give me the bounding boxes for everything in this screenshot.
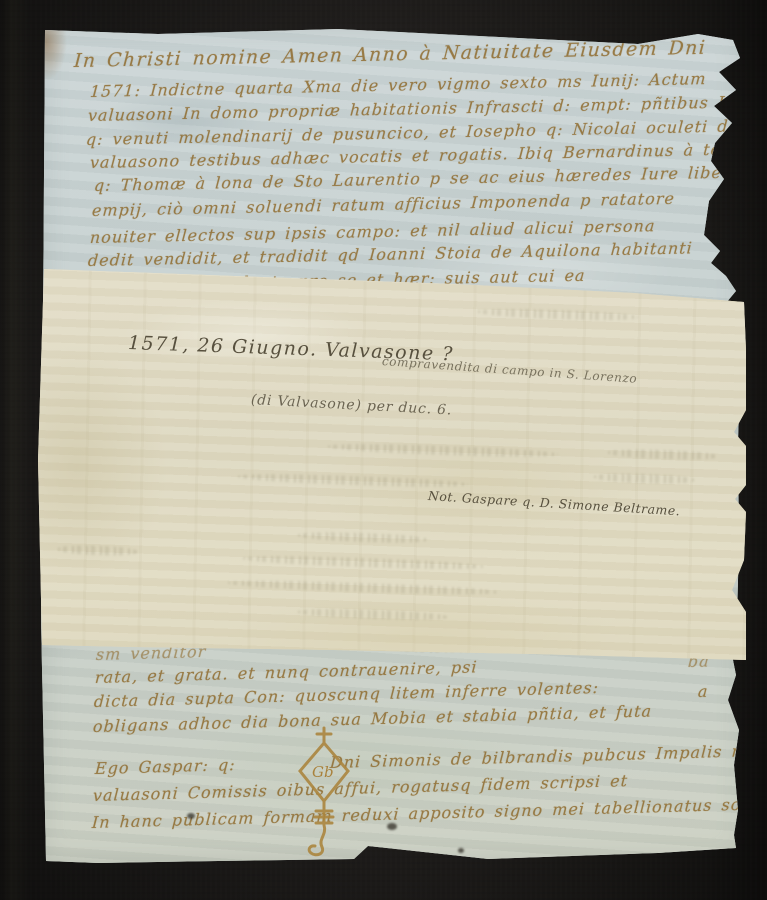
ink-spot <box>458 848 464 853</box>
bleed-through-text <box>298 607 448 621</box>
manuscript-line: a <box>697 682 709 701</box>
manuscript-photo: In Christi nomine Amen Anno à Natiuitate… <box>0 0 767 900</box>
bleed-through-text <box>594 472 694 484</box>
bleed-through-text <box>478 307 638 322</box>
slip-price-line: (di Valvasone) per duc. 6. <box>251 392 453 419</box>
bleed-through-text <box>228 578 498 596</box>
bleed-through-text <box>298 531 428 545</box>
bleed-through-text <box>238 472 468 489</box>
manuscript-line: Dni Simonis de bilbrandis pubcus Impalis… <box>329 741 767 772</box>
ink-spot <box>387 823 397 830</box>
slip-notary-signature: Not. Gaspare q. D. Simone Beltrame. <box>428 488 681 518</box>
archival-slip: 1571, 26 Giugno. Valvasone ? compravendi… <box>34 260 748 670</box>
manuscript-line: empij, ciò omni soluendi ratum afficius … <box>91 189 675 220</box>
bleed-through-text <box>58 545 138 557</box>
manuscript-line: In Christi nomine Amen Anno à Natiuitate… <box>73 37 707 72</box>
bleed-through-text <box>243 554 483 571</box>
bleed-through-text <box>328 442 558 459</box>
ink-spot <box>187 813 195 819</box>
notary-mark-icon: Gb <box>288 725 363 865</box>
slip-subject-line: compravendita di campo in S. Lorenzo <box>382 354 638 386</box>
notary-mark-initials: Gb <box>312 763 334 781</box>
bleed-through-text <box>608 448 718 461</box>
manuscript-line: Ego Gaspar: q: <box>94 755 236 778</box>
